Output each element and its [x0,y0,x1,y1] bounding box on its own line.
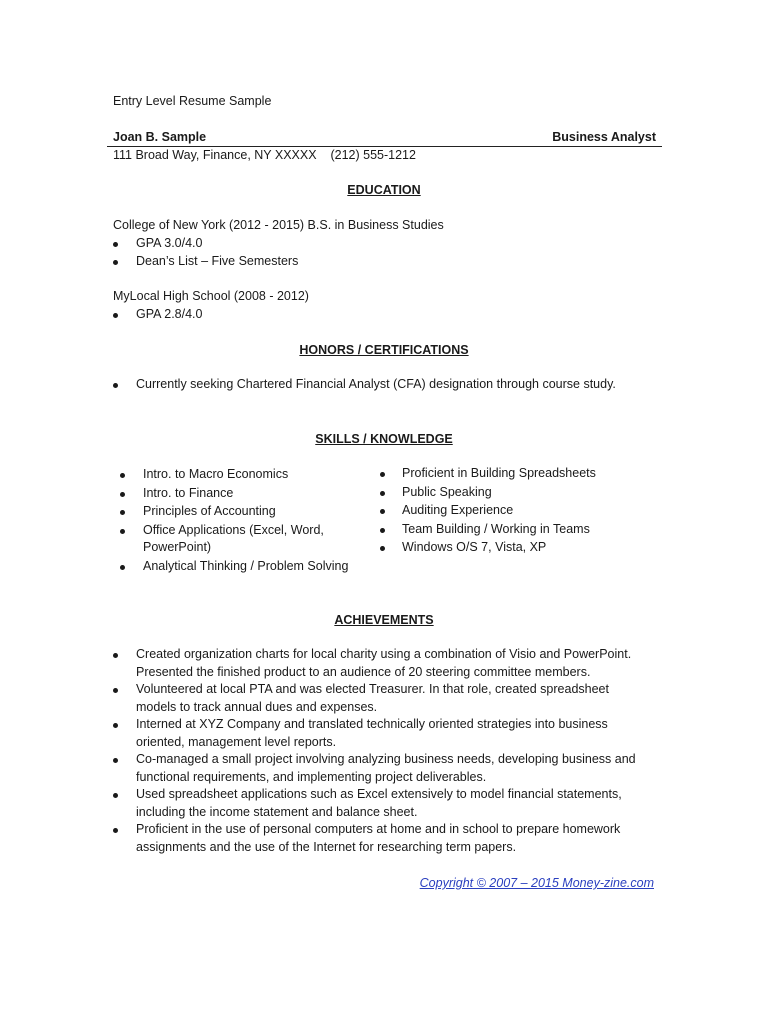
bullet-icon [380,509,385,514]
achievement-item: Co-managed a small project involving ana… [136,751,636,769]
resume-page: Entry Level Resume Sample Joan B. Sample… [0,0,768,1024]
bullet-icon [113,260,118,265]
bullet-icon [113,723,118,728]
bullet-icon [120,529,125,534]
bullet-icon [380,546,385,551]
bullet-icon [120,565,125,570]
bullet-icon [120,492,125,497]
achievement-item: Used spreadsheet applications such as Ex… [136,786,622,804]
education-bullet: Dean’s List – Five Semesters [136,253,298,271]
bullet-icon [113,758,118,763]
bullet-icon [113,383,118,388]
achievement-item: Interned at XYZ Company and translated t… [136,716,608,734]
bullet-icon [113,242,118,247]
school-line: College of New York (2012 - 2015) B.S. i… [113,217,444,235]
achievement-item: assignments and the use of the Internet … [136,839,516,857]
bullet-icon [113,653,118,658]
copyright-link[interactable]: Copyright © 2007 – 2015 Money-zine.com [420,875,654,893]
skill-item: Principles of Accounting [143,503,276,521]
contact-line: 111 Broad Way, Finance, NY XXXXX (212) 5… [113,147,416,165]
school-line: MyLocal High School (2008 - 2012) [113,288,309,306]
skill-item: Public Speaking [402,484,492,502]
education-bullet: GPA 2.8/4.0 [136,306,202,324]
achievement-item: Volunteered at local PTA and was elected… [136,681,609,699]
skill-item: Intro. to Finance [143,485,233,503]
achievement-item: Proficient in the use of personal comput… [136,821,620,839]
education-bullet: GPA 3.0/4.0 [136,235,202,253]
skill-item: Intro. to Macro Economics [143,466,288,484]
address: 111 Broad Way, Finance, NY XXXXX [113,148,317,162]
achievement-item: including the income statement and balan… [136,804,417,822]
bullet-icon [113,313,118,318]
bullet-icon [120,510,125,515]
education-heading: EDUCATION [0,182,768,200]
skill-item: PowerPoint) [143,539,211,557]
bullet-icon [380,472,385,477]
achievements-heading: ACHIEVEMENTS [0,612,768,630]
achievement-item: Presented the finished product to an aud… [136,664,590,682]
candidate-role: Business Analyst [552,129,656,147]
bullet-icon [380,491,385,496]
achievement-item: functional requirements, and implementin… [136,769,486,787]
skill-item: Team Building / Working in Teams [402,521,590,539]
bullet-icon [380,528,385,533]
skills-heading: SKILLS / KNOWLEDGE [0,431,768,449]
candidate-name: Joan B. Sample [113,129,206,147]
honors-heading: HONORS / CERTIFICATIONS [0,342,768,360]
achievement-item: Created organization charts for local ch… [136,646,631,664]
document-title: Entry Level Resume Sample [113,93,271,111]
honors-bullet: Currently seeking Chartered Financial An… [136,376,616,394]
achievement-item: models to track annual dues and expenses… [136,699,377,717]
skill-item: Proficient in Building Spreadsheets [402,465,596,483]
phone: (212) 555-1212 [330,148,415,162]
bullet-icon [113,828,118,833]
skill-item: Analytical Thinking / Problem Solving [143,558,348,576]
skill-item: Auditing Experience [402,502,513,520]
bullet-icon [113,793,118,798]
bullet-icon [113,688,118,693]
skill-item: Windows O/S 7, Vista, XP [402,539,546,557]
achievement-item: oriented, management level reports. [136,734,336,752]
skill-item: Office Applications (Excel, Word, [143,522,324,540]
bullet-icon [120,473,125,478]
